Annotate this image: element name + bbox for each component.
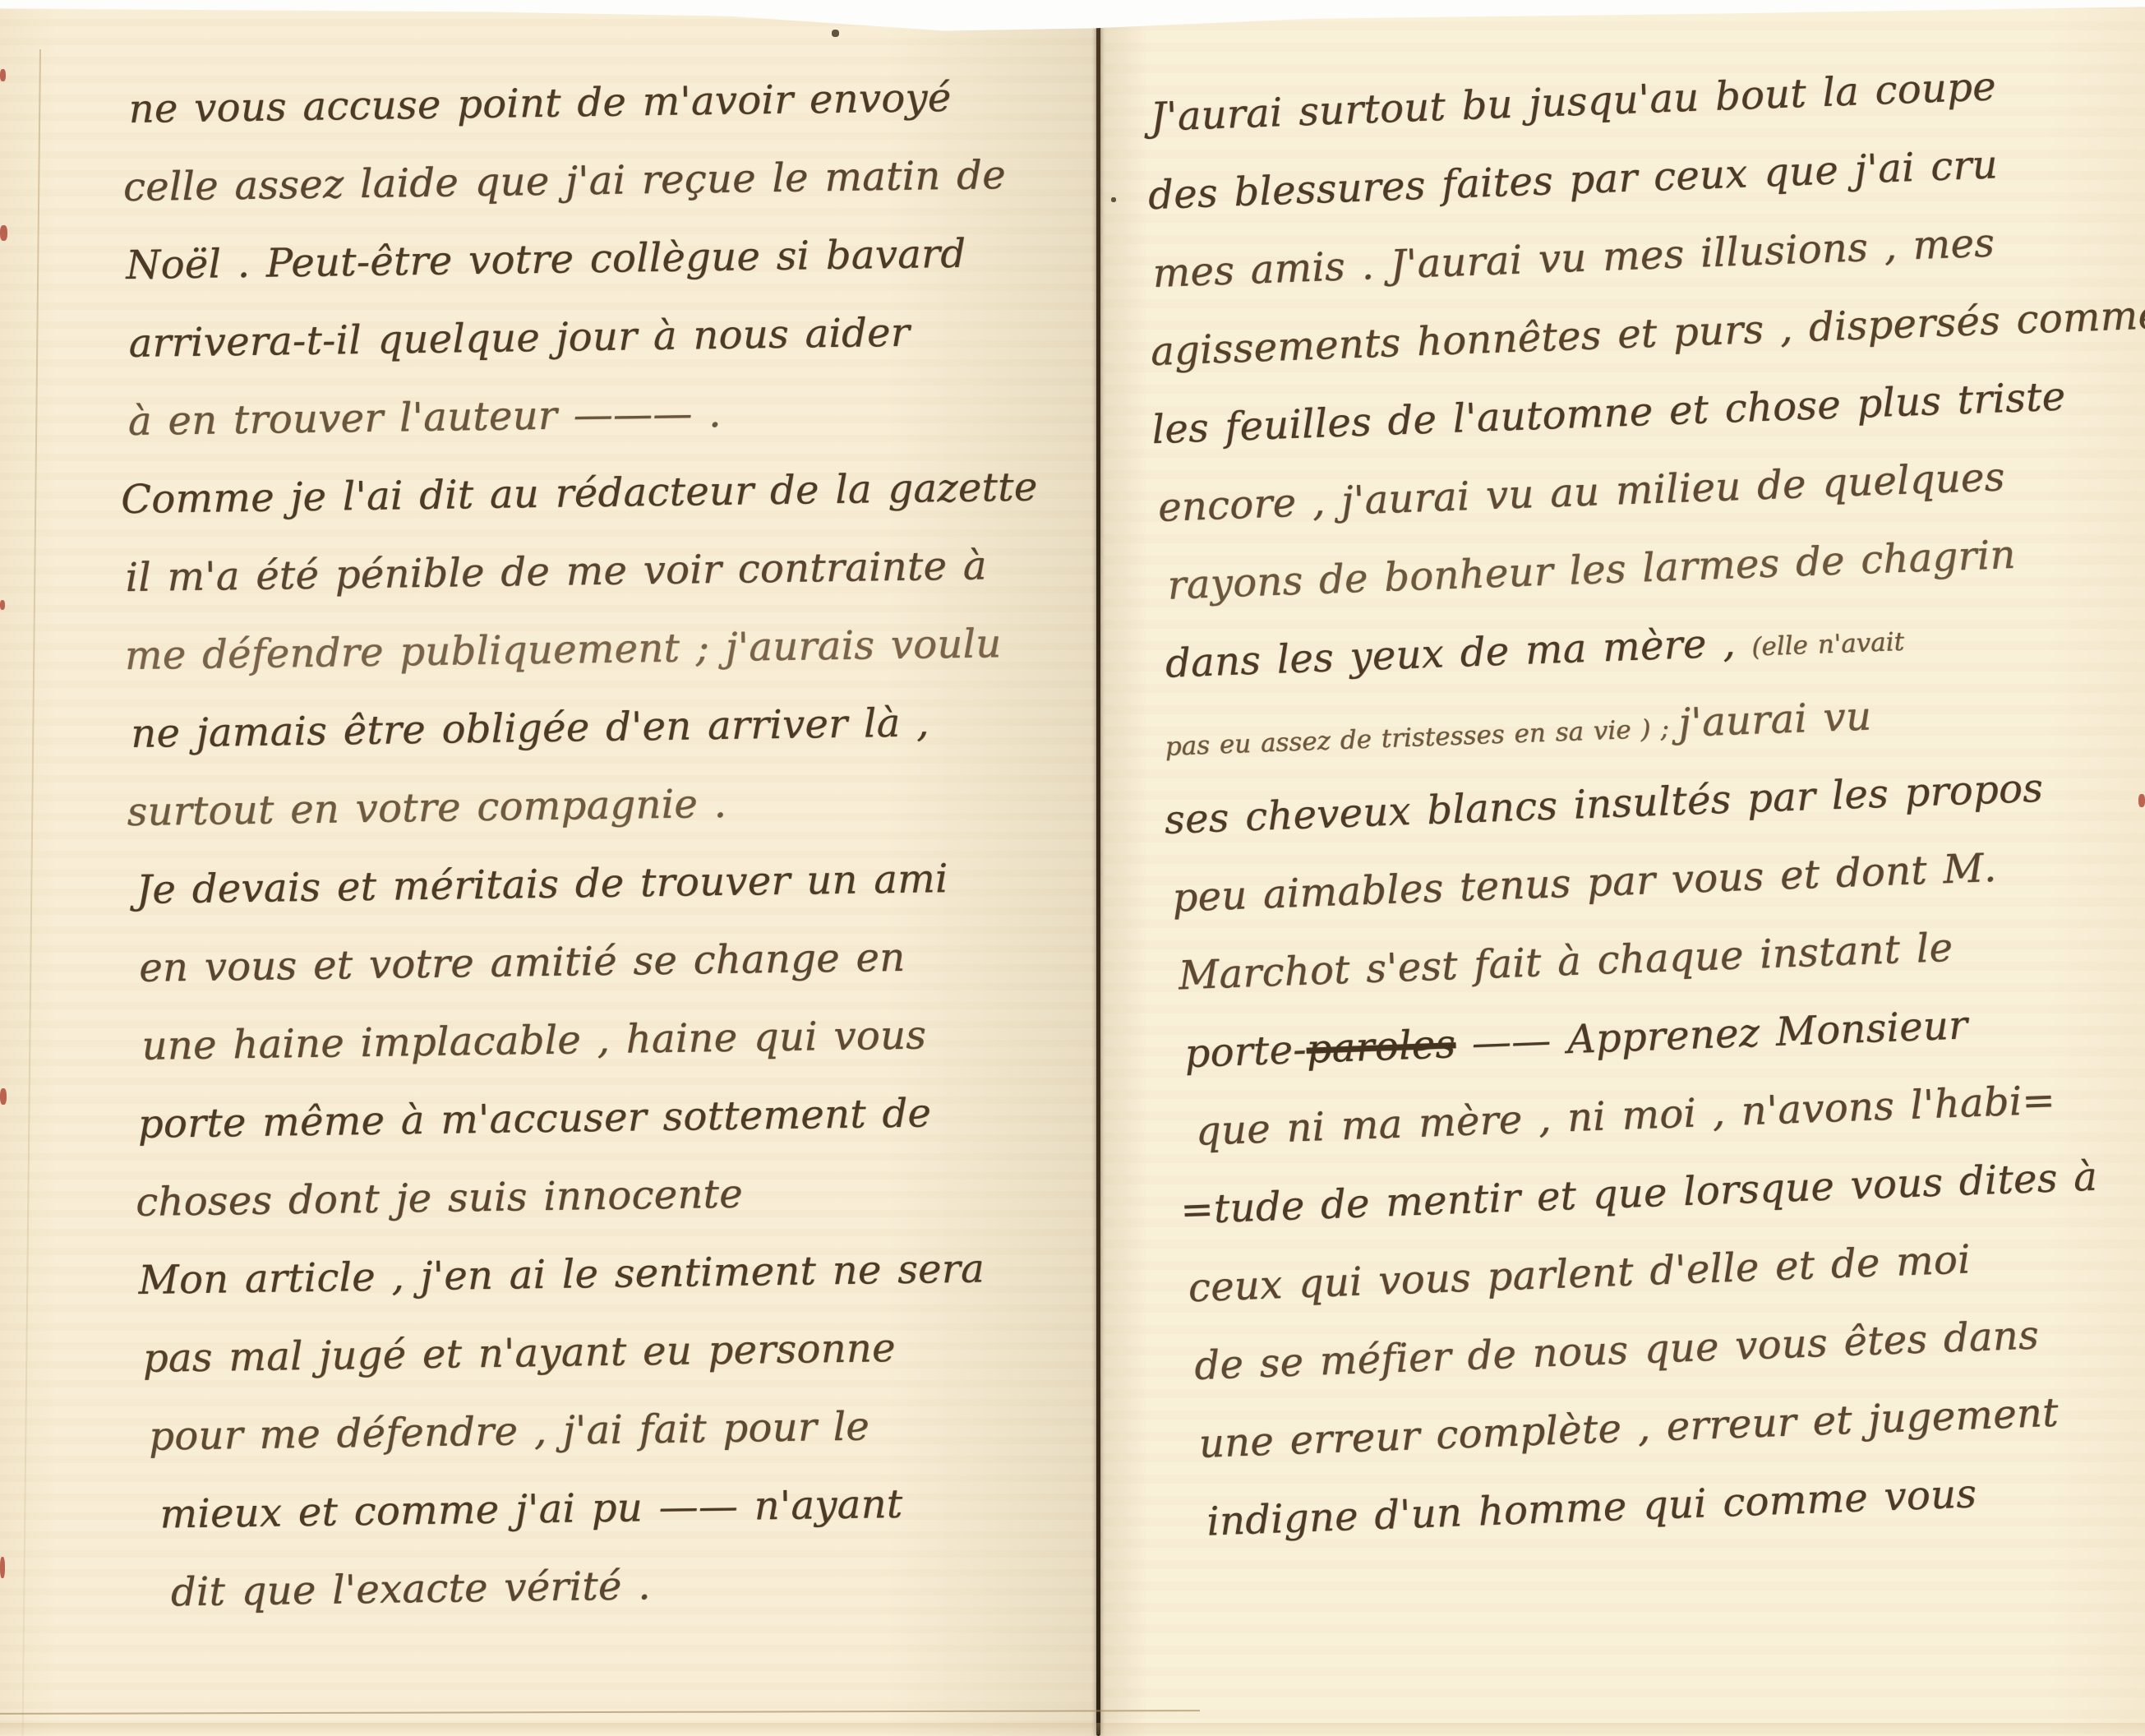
line-text: en vous et votre amitié se change en	[139, 935, 906, 991]
line-text: mes amis . J'aurai vu mes illusions , me…	[1152, 219, 1995, 297]
interlinear-note: pas eu assez de tristesses en sa vie ) ;	[1165, 713, 1679, 762]
handwriting-line: mieux et comme j'ai pu —— n'ayant	[159, 1463, 1053, 1554]
paper-speck	[0, 600, 5, 610]
line-text: une erreur complète , erreur et jugement	[1198, 1390, 2060, 1467]
handwriting-line: ne vous accuse point de m'avoir envoyé	[128, 58, 1033, 149]
line-text: porte-	[1183, 1027, 1307, 1077]
handwriting-line: pour me défendre , j'ai fait pour le	[149, 1385, 1052, 1475]
line-text: ne jamais être obligée d'en arriver là ,	[131, 699, 930, 757]
line-text: mieux et comme j'ai pu —— n'ayant	[159, 1481, 903, 1538]
line-text: ceux qui vous parlent d'elle et de moi	[1188, 1236, 1972, 1311]
line-text: celle assez laide que j'ai reçue le mati…	[123, 152, 1007, 210]
interlinear-note: (elle n'avait	[1751, 627, 1905, 663]
line-text: rayons de bonheur les larmes de chagrin	[1167, 532, 2017, 609]
handwriting-left-page: ne vous accuse point de m'avoir envoyé c…	[122, 58, 1054, 1632]
line-text: me défendre publiquement ; j'aurais voul…	[125, 621, 1002, 679]
line-text: Marchot s'est fait à chaque instant le	[1178, 925, 1954, 1000]
handwriting-line: arrivera-t-il quelque jour à nous aider	[128, 293, 1036, 383]
line-text: Noël . Peut-être votre collègue si bavar…	[126, 231, 966, 289]
line-text: porte même à m'accuser sottement de	[138, 1090, 932, 1147]
paper-speck	[0, 69, 6, 81]
handwriting-line: pas mal jugé et n'ayant eu personne	[142, 1307, 1050, 1397]
paper-edge-bottom	[0, 1723, 2145, 1734]
paper-speck	[0, 1557, 5, 1578]
line-text: dans les yeux de ma mère ,	[1165, 620, 1752, 687]
line-text: indigne d'un homme qui comme vous	[1206, 1471, 1977, 1544]
handwriting-line: dit que l'exacte vérité .	[170, 1541, 1054, 1632]
handwriting-line: en vous et votre amitié se change en	[139, 916, 1045, 1007]
handwriting-line: Mon article , j'en ai le sentiment ne se…	[138, 1229, 1049, 1319]
handwriting-right-page: J'aurai surtout bu jusqu'au bout la coup…	[1149, 42, 2145, 1562]
handwriting-line: une haine implacable , haine qui vous	[141, 995, 1046, 1085]
handwriting-line: Comme je l'ai dit au rédacteur de la gaz…	[121, 448, 1039, 539]
handwriting-line: il m'a été pénible de me voir contrainte…	[125, 526, 1040, 617]
handwriting-line: porte même à m'accuser sottement de	[137, 1073, 1047, 1163]
struck-word: paroles	[1306, 1021, 1457, 1073]
line-text: Mon article , j'en ai le sentiment ne se…	[138, 1245, 985, 1303]
handwriting-line: celle assez laide que j'ai reçue le mati…	[122, 136, 1034, 227]
paper-speck	[832, 30, 839, 37]
handwriting-line: à en trouver l'auteur ——— .	[127, 371, 1037, 461]
paper-speck	[0, 1088, 7, 1105]
line-text: encore , j'aurai vu au milieu de quelque…	[1157, 454, 2005, 531]
line-text: une haine implacable , haine qui vous	[141, 1012, 926, 1069]
scanned-letter: ne vous accuse point de m'avoir envoyé c…	[0, 0, 2145, 1736]
line-text: ne vous accuse point de m'avoir envoyé	[128, 75, 952, 132]
letter-scan: { "document": { "kind": "handwritten let…	[0, 0, 2145, 1736]
line-text: de se méfier de nous que vous êtes dans	[1193, 1312, 2039, 1389]
paper-speck	[0, 225, 7, 241]
page-fold-gutter	[1096, 15, 1100, 1736]
line-text: à en trouver l'auteur ——— .	[128, 390, 722, 445]
line-text: dit que l'exacte vérité .	[170, 1563, 651, 1615]
line-text: Comme je l'ai dit au rédacteur de la gaz…	[121, 464, 1038, 523]
handwriting-line: ne jamais être obligée d'en arriver là ,	[131, 682, 1042, 773]
line-text: choses dont je suis innocente	[136, 1171, 743, 1226]
handwriting-line: Noël . Peut-être votre collègue si bavar…	[126, 215, 1036, 305]
handwriting-line: Je devais et méritais de trouver un ami	[136, 838, 1044, 929]
line-text: peu aimables tenus par vous et dont M.	[1172, 845, 1998, 921]
line-text: J'aurai surtout bu jusqu'au bout la coup…	[1150, 63, 1997, 141]
line-text: j'aurai vu	[1677, 693, 1872, 746]
handwriting-line: choses dont je suis innocente	[136, 1151, 1049, 1241]
line-text: que ni ma mère , ni moi , n'avons l'habi…	[1195, 1077, 2056, 1154]
line-text: Je devais et méritais de trouver un ami	[136, 856, 948, 913]
line-text: pas mal jugé et n'ayant eu personne	[142, 1325, 896, 1382]
line-text: surtout en votre compagnie .	[127, 781, 727, 835]
line-text: il m'a été pénible de me voir contrainte…	[125, 542, 987, 601]
handwriting-line: surtout en votre compagnie .	[127, 760, 1043, 852]
line-text: arrivera-t-il quelque jour à nous aider	[128, 310, 910, 367]
handwriting-line: me défendre publiquement ; j'aurais voul…	[124, 604, 1040, 695]
paper-speck	[1111, 197, 1116, 202]
line-text: des blessures faites par ceux que j'ai c…	[1147, 141, 1999, 219]
line-text: —— Apprenez Monsieur	[1455, 1002, 1968, 1067]
line-text: pour me défendre , j'ai fait pour le	[149, 1403, 870, 1459]
